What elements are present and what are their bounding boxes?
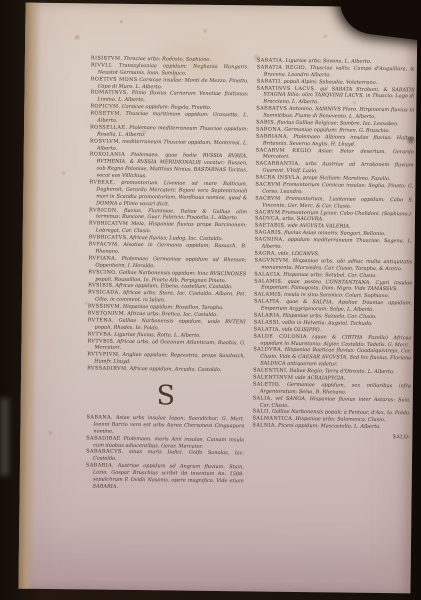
entry-text: Promontorium, Lusitaniae oppidum: Cabo S… <box>262 196 413 210</box>
dictionary-entry: SABARIA, Austriae oppidum ad Angrum fluv… <box>86 463 244 492</box>
entry-headword: SACARVM REGIO <box>256 147 312 154</box>
entry-text: Promontorium Corsicae insulae: Seglia, P… <box>262 182 413 195</box>
entry-text: , Ptolemaeo Germaniae oppidum ad Rhenum;… <box>95 256 246 269</box>
photo-of-book-page: RISISTVM, Thraciae urbs: Rodosto, Sophia… <box>0 0 421 600</box>
entry-headword: RVTVBA <box>88 331 112 337</box>
entry-headword: RVSIBIS <box>88 283 112 289</box>
entry-text: , vide OLISIPPO. <box>279 326 321 333</box>
left-column: RISISTVM, Thraciae urbs: Rodosto, Sophia… <box>86 55 249 492</box>
entry-text: , quae & SALPIA, Apuliae Dauniae oppidum… <box>261 299 412 313</box>
page-left-edge <box>18 3 41 589</box>
entry-text: , Germaniae oppidum, sex miliaribus infr… <box>260 382 411 396</box>
entry-text: , oppidum mediterraneum Thusciae; Sagena… <box>262 237 413 250</box>
entry-text: , Hispaniae Baeticae fluvius: Guadalquiv… <box>260 347 411 367</box>
entry-text: , vel SANGA, Hispaniae fluvius inter Ast… <box>260 395 411 408</box>
entry-headword: ROETIVS MONS <box>91 76 138 83</box>
entry-headword: SABRIANA <box>256 133 287 139</box>
entry-headword: ROPICVM <box>90 104 118 110</box>
entry-headword: ROMATINVS <box>90 90 126 96</box>
entry-headword: RVFIANA <box>88 255 115 261</box>
book-page: RISISTVM, Thraciae urbs: Rodosto, Sophia… <box>18 3 417 594</box>
entry-headword: RVBRICATVM <box>89 221 128 227</box>
entry-headword: ROSSELLAE <box>90 124 125 130</box>
dictionary-entry: SABANA, Asiae urbs insulae Iapan; Saendi… <box>86 414 244 437</box>
entry-headword: SALDE COLONIA <box>254 333 307 340</box>
entry-headword: SALDVBA <box>253 347 281 353</box>
entry-headword: SABATIA REGIO <box>257 64 305 71</box>
entry-text: , Alsatiae in Germania oppidum; Russach,… <box>96 242 247 255</box>
entry-headword: SALARIA <box>254 312 280 318</box>
entry-text: , vide AVGVSTA VALERIA. <box>284 223 350 230</box>
entry-headword: SALIA <box>253 395 271 401</box>
entry-headword: SAGVNTVM <box>254 257 288 263</box>
entry-text: , Galliae Narbonensis oppidum, unde RVTE… <box>95 318 246 331</box>
entry-headword: RIVVLI <box>91 62 111 68</box>
page-text: RISISTVM, Thraciae urbs: Rodosto, Sophia… <box>86 55 415 494</box>
entry-text: vide ACRAIAPYGIA. <box>293 375 345 382</box>
entry-headword: RVTENA <box>88 317 112 323</box>
entry-text: , Piceni oppidum: Mascastello, L. Albert… <box>275 423 381 430</box>
entry-headword: SALII <box>253 409 269 415</box>
entry-headword: RVTVBIS <box>87 338 113 344</box>
catchword: SALO- <box>252 433 410 442</box>
dictionary-entry: SALDVBA, Hispaniae Baeticae fluvius: Gua… <box>253 347 411 370</box>
entry-headword: SAGARIS <box>255 230 281 236</box>
background-object-blur <box>0 398 9 476</box>
dictionary-entry: RVBEAE, promontorium Livoniae ad mare Ba… <box>89 179 247 208</box>
entry-headword: SABBATVS <box>256 106 287 112</box>
entry-text: , quae postea CONSTANTIANA, Cypri insula… <box>261 278 412 292</box>
entry-headword: RVSCINO <box>88 269 115 275</box>
entry-headword: RISISTVM <box>91 55 121 61</box>
entry-text: , Galliae Narbonensis oppidum: hinc RVSC… <box>95 269 246 283</box>
entry-headword: SABANA <box>86 414 110 420</box>
entries-letter-s: SABANA, Asiae urbs insulae Iapan; Saendi… <box>86 414 245 492</box>
entry-text: , Corsicae oppidum: Rogela, Pinetto. <box>119 104 212 111</box>
entry-text: , vide, LOCANVS. <box>275 251 320 258</box>
entry-text: , Austriae oppidum ad Angrum fluvium, St… <box>93 463 244 490</box>
entry-headword: SALETIO <box>253 381 279 387</box>
entry-headword: ROXOLANIA <box>90 152 125 158</box>
entry-headword: SACARBANTIA <box>256 161 299 168</box>
dictionary-entry: ROXOLANIA Ptolemaeo, quae hodie RVSSIA R… <box>89 152 247 181</box>
entry-headword: ROSETVM <box>90 111 120 117</box>
entry-text: , Asiae urbs insulae Iapan; Saendichor, … <box>93 415 244 435</box>
entry-headword: SABONA <box>256 126 281 132</box>
entry-headword: SALENTINI <box>253 368 286 374</box>
entry-headword: ROSVLVM <box>90 138 119 144</box>
entry-headword: RVFACVM <box>89 241 118 247</box>
entry-text: , Liguriae fluvius, Rotta, L. Alberto. <box>111 331 201 338</box>
entry-headword: SALAPIA <box>254 299 279 305</box>
entry-text: , Africae urbs, ad Oceanum Atlanticum; R… <box>94 338 245 351</box>
entry-headword: SABARIA <box>86 463 112 469</box>
entry-headword: SALMANTICA <box>252 416 292 422</box>
entry-headword: SALAMIS <box>254 278 281 284</box>
entry-text: , prope Siciliam: Maretimo, Fazello. <box>300 175 391 182</box>
entry-text: , Transsylvaniae oppidum: Neghania Hunga… <box>98 63 249 77</box>
entry-headword: SALNIA <box>252 423 274 429</box>
entry-text: , fluvius, Flaminiae, Italiae & Galliae … <box>96 207 247 221</box>
entry-headword: SALACIA <box>254 271 280 277</box>
entry-text: , Hispaniae urbs; Salamanca, Clusio. <box>292 416 385 423</box>
entry-text: , promontorium Livoniae ad mare Balticum… <box>96 180 247 207</box>
entry-headword: RVSSINVM <box>88 303 120 309</box>
dictionary-entry: SALNIA, Piceni oppidum: Mascastello, L. … <box>252 423 410 432</box>
right-column: SABATIA, Liguriae urbs; Savona, L. Alber… <box>252 57 415 494</box>
entry-headword: SAGRA <box>255 250 275 256</box>
entry-text: , Thusciae maritimum oppidum: Grossetto,… <box>97 111 248 124</box>
entry-headword: SABATII <box>257 78 281 84</box>
entries-letter-r: RISISTVM, Thraciae urbs: Rodosto, Sophia… <box>87 55 249 374</box>
entry-headword: SABIS <box>256 119 274 125</box>
entry-headword: RVBEAE <box>89 179 113 185</box>
entry-text: , urbs, SALOVRA. <box>279 216 324 223</box>
entry-headword: SABATINVS LACVS <box>257 85 315 92</box>
entry-headword: SACRVM <box>255 195 280 201</box>
entries-right: SABATIA, Liguriae urbs; Savona, L. Alber… <box>252 57 415 431</box>
entry-headword: SAETABIS <box>255 223 284 229</box>
entry-headword: SAGNINA <box>255 237 283 243</box>
entry-headword: SALAMIS <box>254 292 281 298</box>
entry-text: , Africae oppidum, Arcudia, Castaldo. <box>126 366 221 373</box>
entry-headword: SALASSI <box>254 319 279 325</box>
entry-headword: RVSTONIVM <box>88 310 124 316</box>
entry-headword: SACRVM <box>255 181 280 187</box>
entry-headword: RVBICON <box>89 207 117 213</box>
entry-headword: SALENTINVM <box>253 374 293 380</box>
entry-headword: RVSSADIRVM <box>87 365 126 371</box>
entry-headword: SACRA INSVLA <box>255 175 299 182</box>
dictionary-entry: RVSSADIRVM, Africae oppidum, Arcudia, Ca… <box>87 365 245 374</box>
entry-text: , Africae urbs; Stora, Iac. Castaldo. Al… <box>95 290 246 303</box>
entry-headword: SACRVM <box>255 209 280 215</box>
entry-headword: RVTVPIVM <box>87 352 118 358</box>
dictionary-entry: SABATINVS LACVS, qui SABATA Straboni, & … <box>256 85 414 108</box>
entry-text: , Thraciae urbs: Rodosto, Sophiano. <box>120 56 211 63</box>
entry-headword: RVBRICATVS <box>89 235 127 241</box>
entry-text: , Liguriae urbs; Savona, L. Alberto. <box>282 58 371 65</box>
entry-text: , mediterraneum Thusciae oppidum; Monter… <box>97 138 248 151</box>
entry-headword: SALATIA <box>254 326 279 332</box>
entry-headword: SABADIBAE <box>86 435 120 441</box>
entry-headword: RVSICADA <box>88 290 119 296</box>
entry-headword: SABARACVS <box>86 449 122 455</box>
section-initial-s: S <box>87 381 245 410</box>
entry-headword: SABATIA <box>257 57 282 63</box>
entry-headword: SADVCA <box>255 216 279 222</box>
